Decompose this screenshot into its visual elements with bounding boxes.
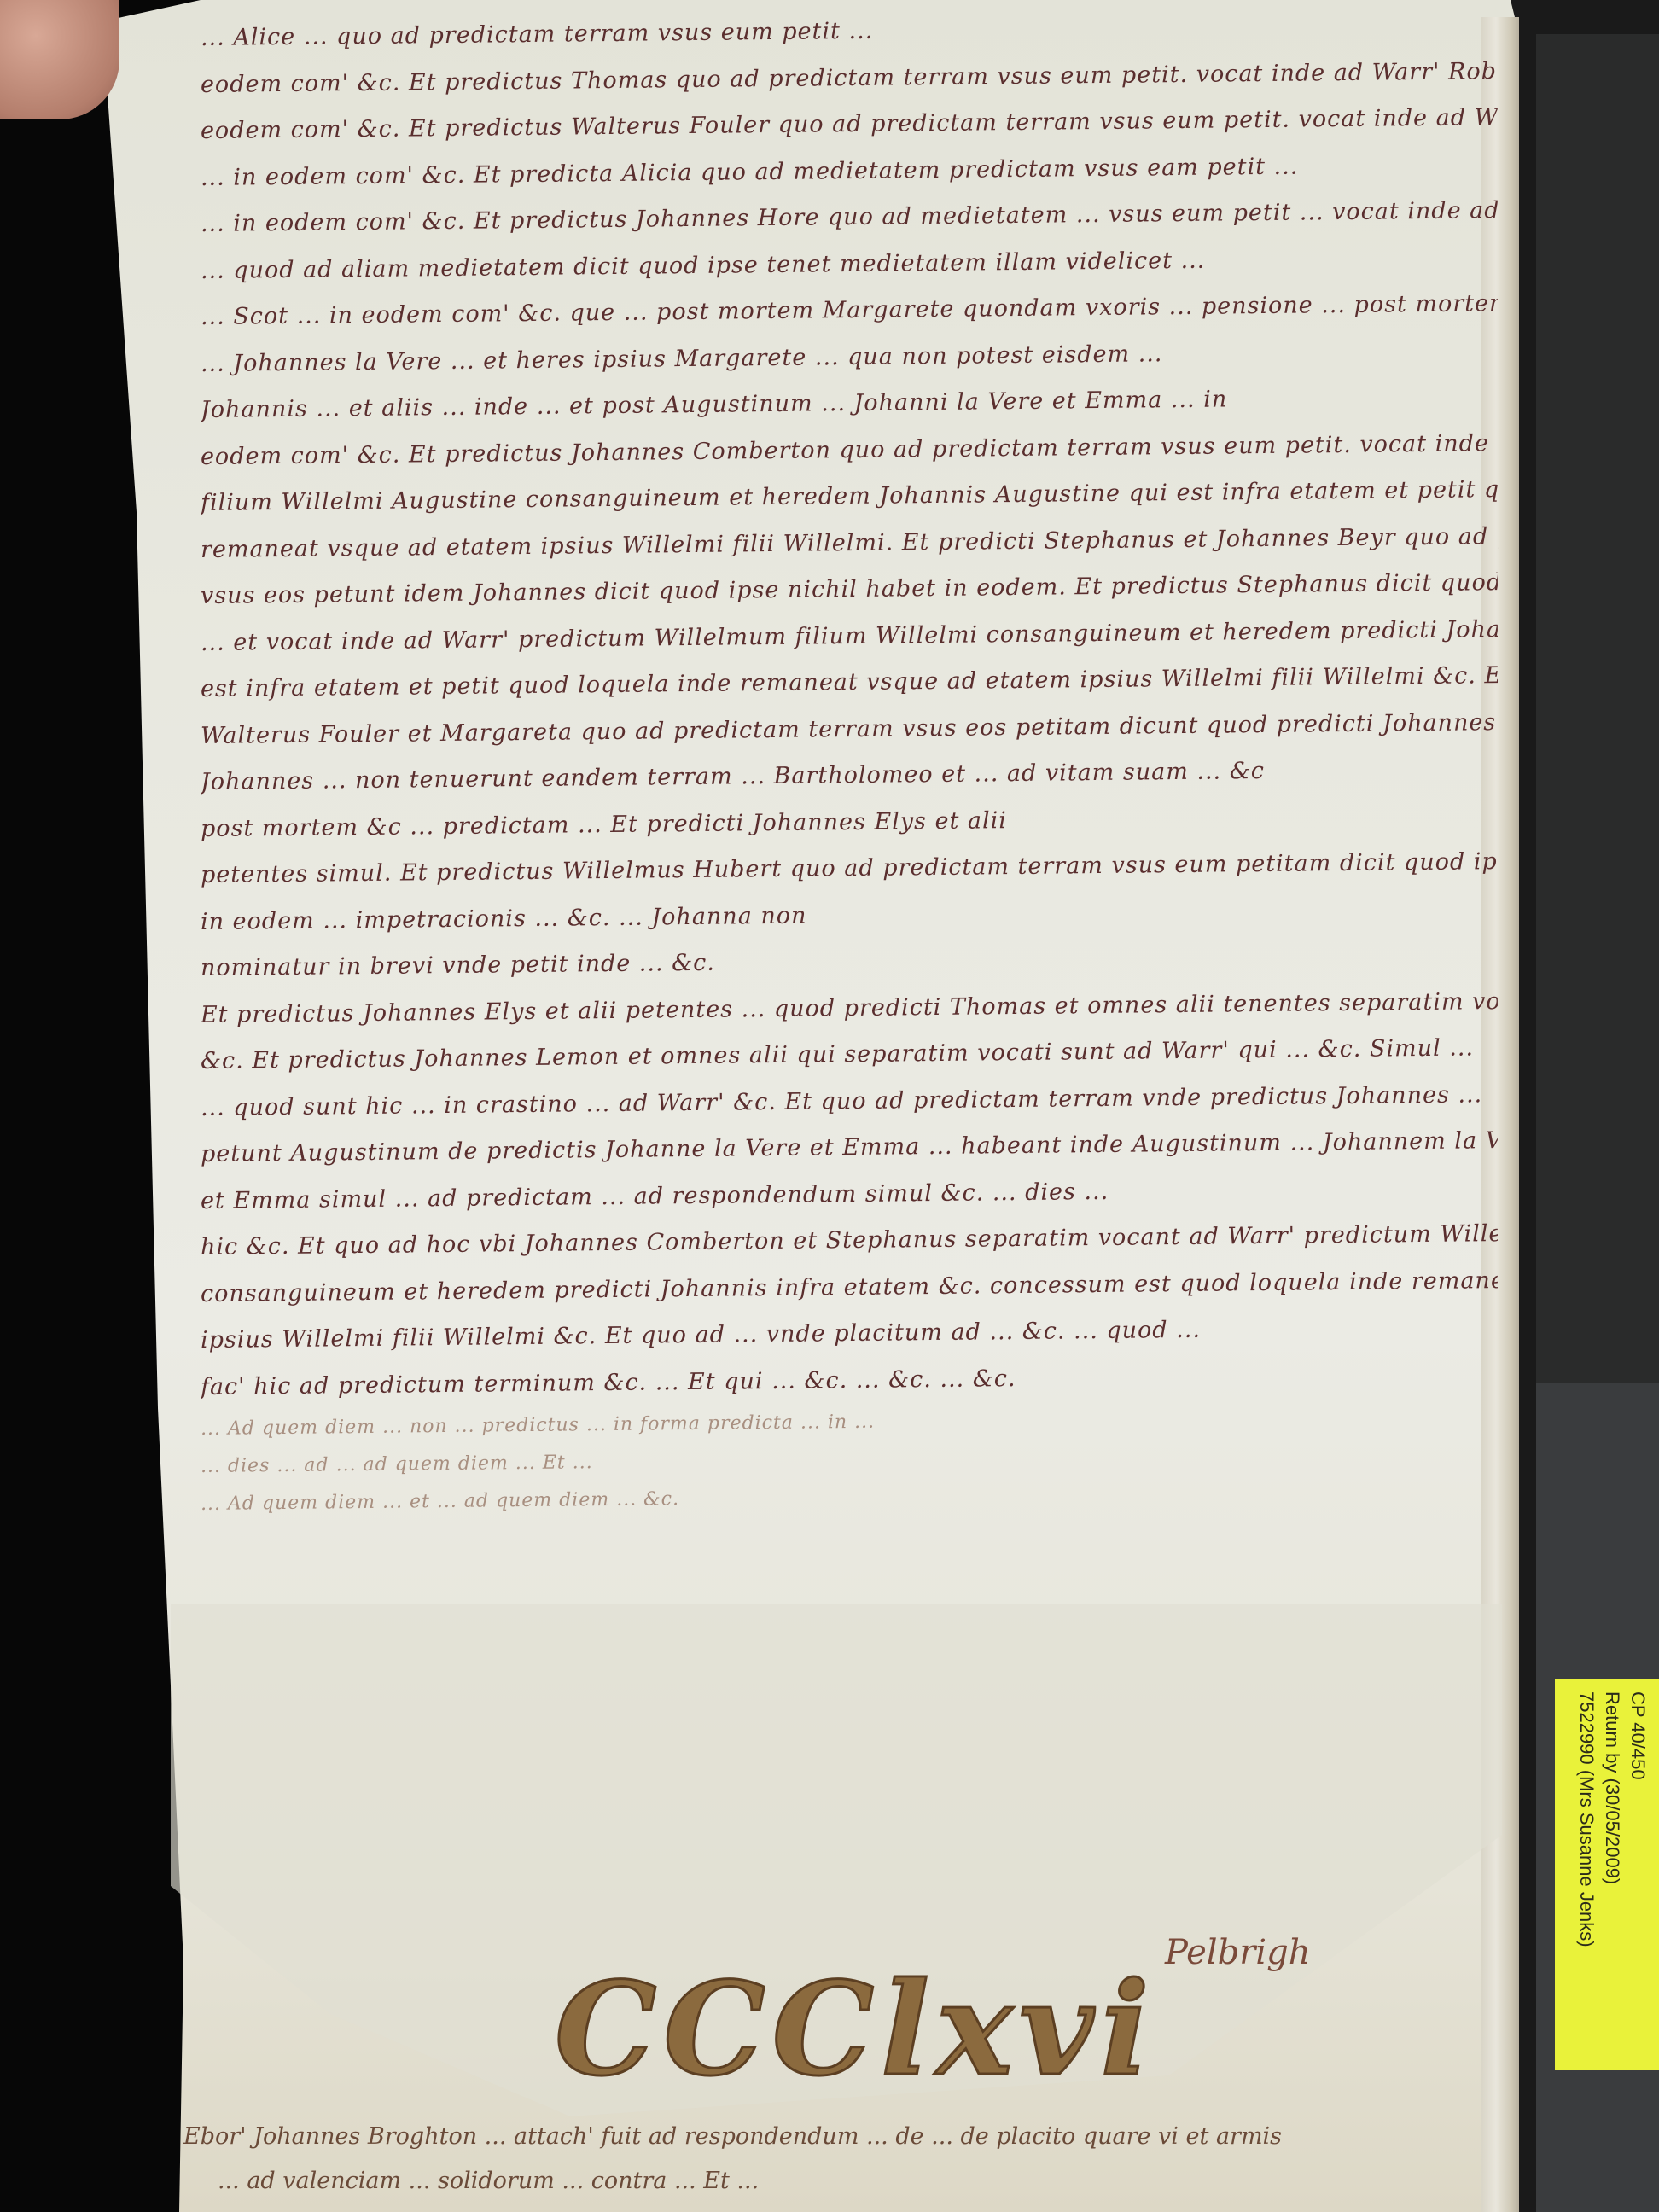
footer-line: ... ad valenciam ... solidorum ... contr…	[183, 2159, 1498, 2203]
membrane-number: CCClxvi	[555, 1954, 1156, 2104]
archive-slip-text: CP 40/450 Return by (30/05/2009) 7522990…	[1555, 1679, 1659, 2070]
footer-entry: Ebor' Johannes Broghton ... attach' fuit…	[183, 2115, 1498, 2203]
slip-reader: 7522990 (Mrs Susanne Jenks)	[1574, 1691, 1599, 2058]
manuscript-text: ... Alice ... quo ad predictam terram vs…	[201, 15, 1498, 1523]
footer-line: Ebor' Johannes Broghton ... attach' fuit…	[183, 2115, 1498, 2159]
holding-thumb	[0, 0, 119, 119]
foam-support-upper	[1536, 34, 1659, 1382]
slip-return-by: Return by (30/05/2009)	[1599, 1691, 1625, 2058]
slip-reference: CP 40/450	[1625, 1691, 1650, 2058]
marginal-signature: Pelbrigh	[1165, 1933, 1310, 1972]
archive-slip: CP 40/450 Return by (30/05/2009) 7522990…	[1555, 1679, 1659, 2070]
